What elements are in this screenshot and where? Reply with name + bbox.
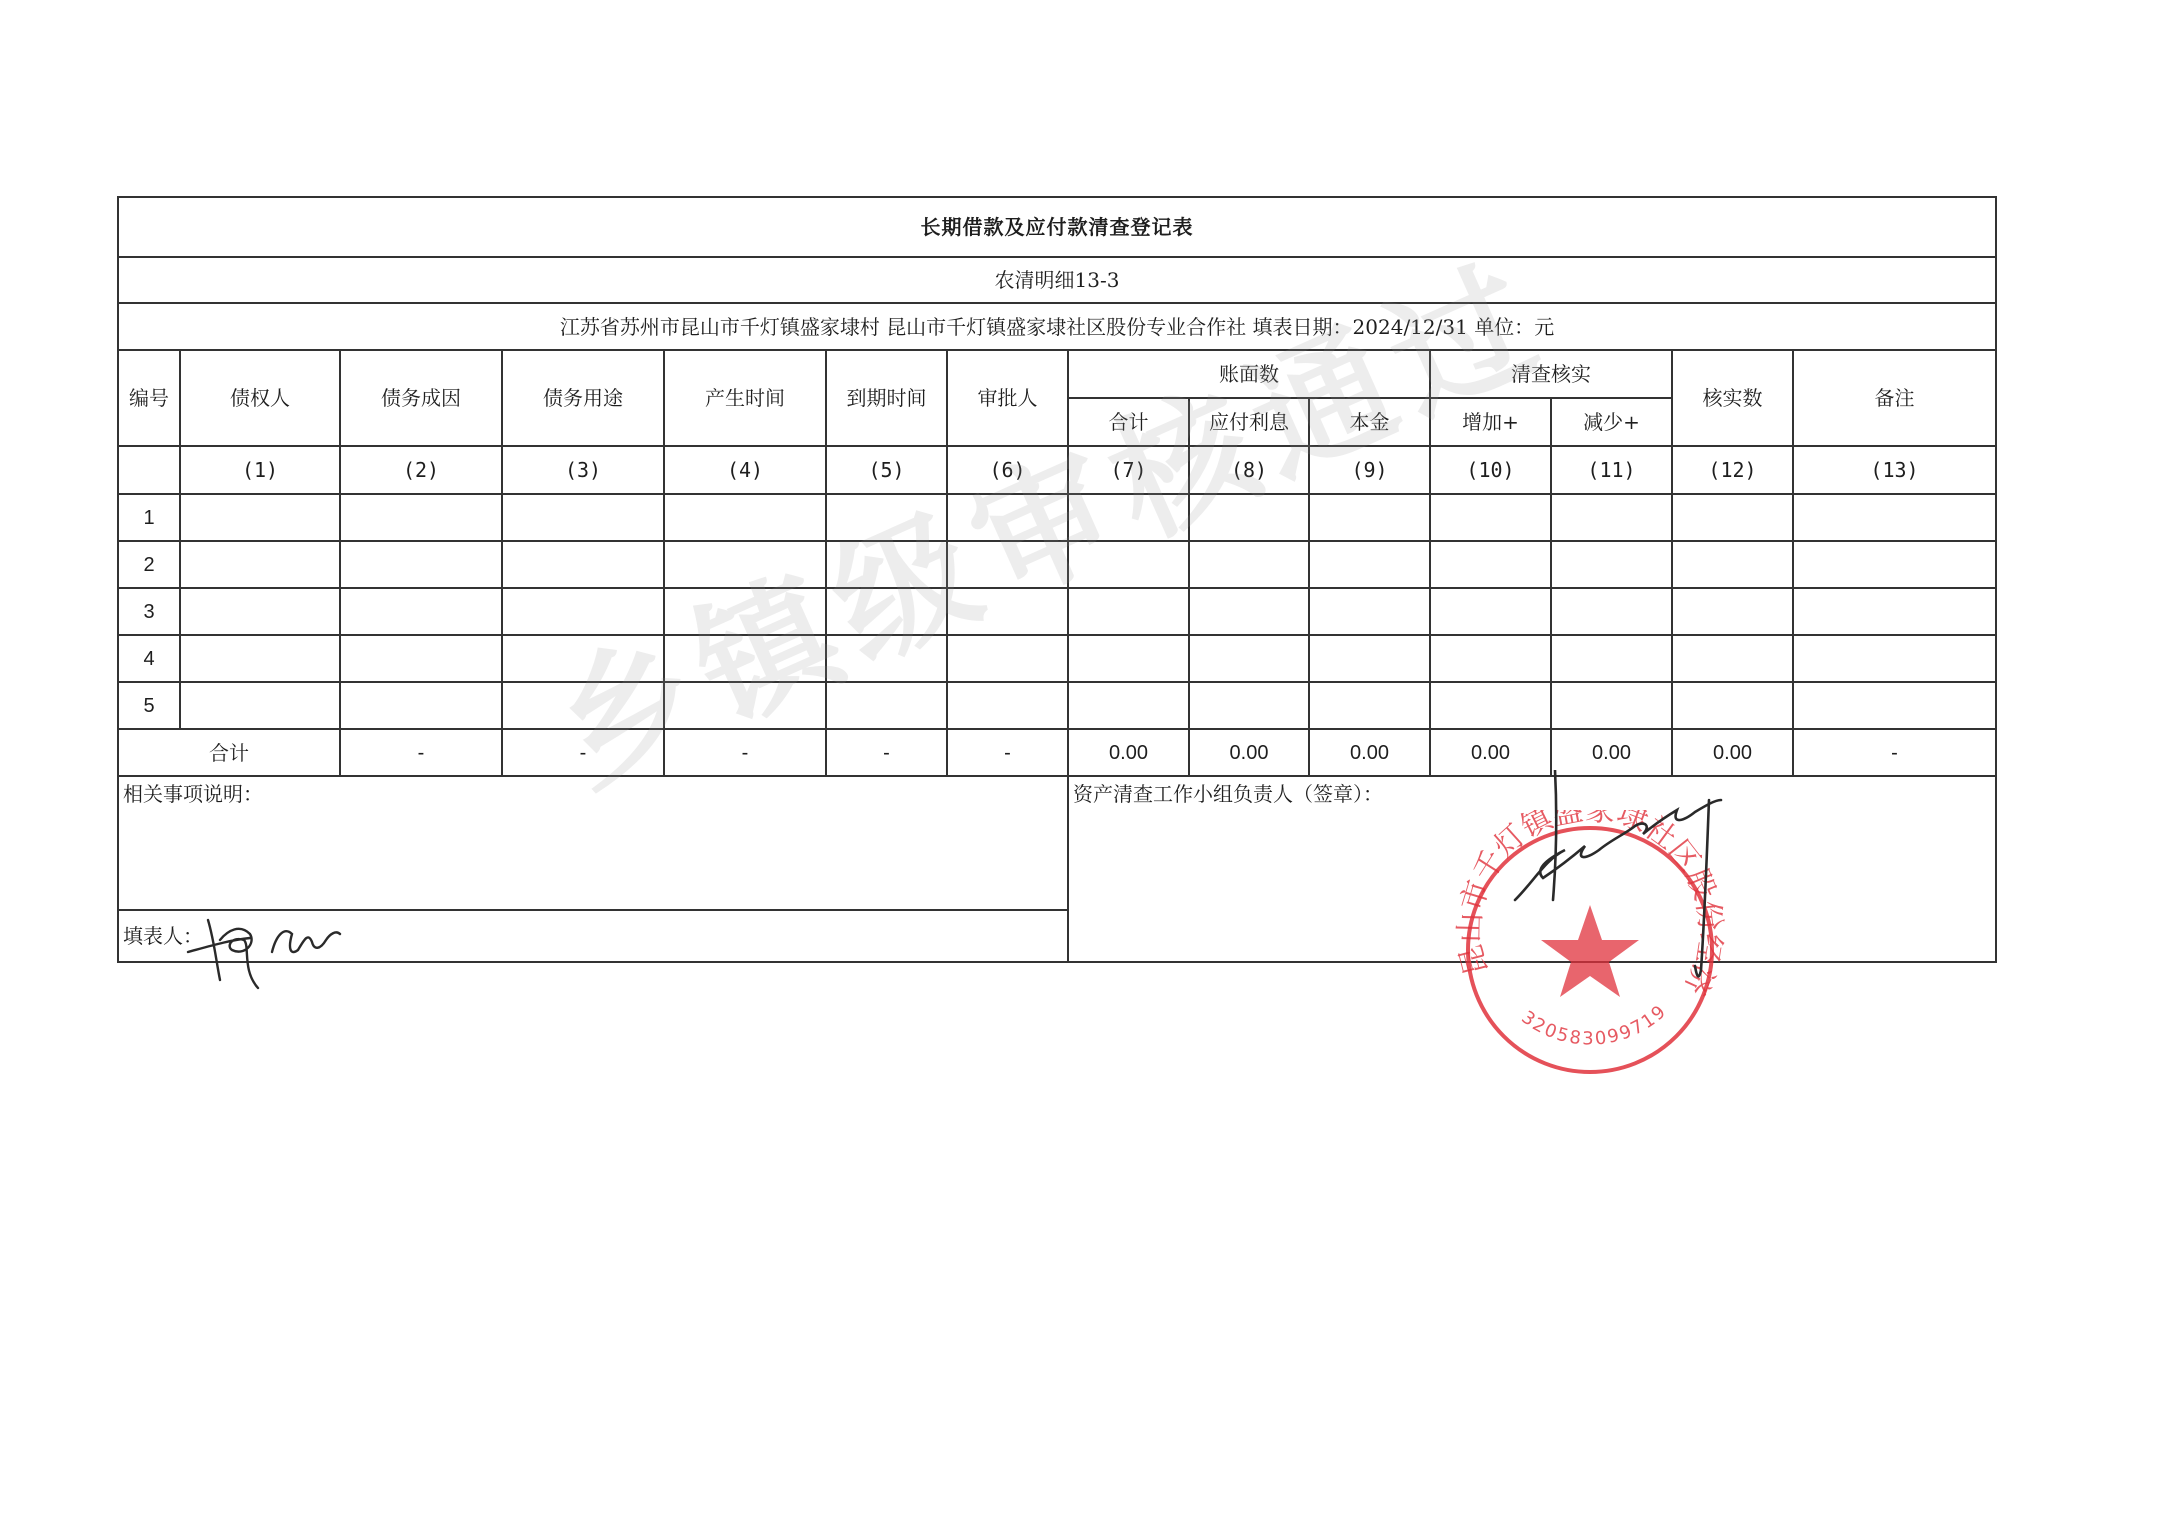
table-cell[interactable] [1672,494,1793,541]
table-cell[interactable] [1189,635,1309,682]
row-number: 3 [118,588,180,635]
registration-form-sheet: 长期借款及应付款清查登记表 农清明细13-3 江苏省苏州市昆山市千灯镇盛家埭村 … [117,196,1995,963]
filler-label: 填表人： [123,924,203,948]
row-number: 2 [118,541,180,588]
table-cell[interactable] [180,682,340,729]
header-debt-cause: 债务成因 [340,350,502,446]
table-cell[interactable] [1551,682,1672,729]
table-cell[interactable] [1189,682,1309,729]
table-cell[interactable] [502,682,664,729]
table-cell[interactable] [947,588,1068,635]
table-cell[interactable] [664,541,826,588]
total-remarks: - [1793,729,1996,776]
total-debt-cause: - [340,729,502,776]
table-cell[interactable] [1309,588,1430,635]
responsible-person-section[interactable]: 资产清查工作小组负责人（签章）： [1068,776,1996,962]
header-book-principal: 本金 [1309,398,1430,446]
index-cell: (4) [664,446,826,494]
header-debt-use: 债务用途 [502,350,664,446]
table-cell[interactable] [180,541,340,588]
total-label: 合计 [118,729,340,776]
table-cell[interactable] [1793,635,1996,682]
table-cell[interactable] [664,588,826,635]
header-start-time: 产生时间 [664,350,826,446]
table-cell[interactable] [1551,635,1672,682]
table-row: 2 [118,541,1996,588]
table-cell[interactable] [502,635,664,682]
table-cell[interactable] [1068,635,1189,682]
table-cell[interactable] [1189,494,1309,541]
table-cell[interactable] [1793,588,1996,635]
table-cell[interactable] [340,494,502,541]
form-code: 农清明细13-3 [118,257,1996,303]
index-cell: (11) [1551,446,1672,494]
total-check-increase: 0.00 [1430,729,1551,776]
total-approver: - [947,729,1068,776]
table-cell[interactable] [1309,541,1430,588]
header-book-group: 账面数 [1068,350,1430,398]
table-cell[interactable] [1551,494,1672,541]
village-name: 江苏省苏州市昆山市千灯镇盛家埭村 [560,315,880,339]
table-cell[interactable] [1189,588,1309,635]
table-cell[interactable] [1430,682,1551,729]
notes-label: 相关事项说明： [123,782,263,806]
notes-section[interactable]: 相关事项说明： [118,776,1068,910]
index-cell: (3) [502,446,664,494]
table-cell[interactable] [1430,588,1551,635]
index-cell: (2) [340,446,502,494]
table-cell[interactable] [826,682,947,729]
index-cell-empty [118,446,180,494]
table-cell[interactable] [664,494,826,541]
row-number: 5 [118,682,180,729]
table-cell[interactable] [1793,541,1996,588]
table-cell[interactable] [1309,494,1430,541]
total-book-principal: 0.00 [1309,729,1430,776]
total-due-time: - [826,729,947,776]
fill-date: 2024/12/31 [1353,315,1468,339]
index-cell: (6) [947,446,1068,494]
header-verified: 核实数 [1672,350,1793,446]
header-book-total: 合计 [1068,398,1189,446]
registration-form-table: 长期借款及应付款清查登记表 农清明细13-3 江苏省苏州市昆山市千灯镇盛家埭村 … [117,196,1997,963]
header-approver: 审批人 [947,350,1068,446]
header-no: 编号 [118,350,180,446]
fill-date-label: 填表日期： [1253,315,1353,339]
table-cell[interactable] [1309,682,1430,729]
table-cell[interactable] [1793,494,1996,541]
form-title: 长期借款及应付款清查登记表 [118,197,1996,257]
index-cell: (9) [1309,446,1430,494]
table-cell[interactable] [1672,541,1793,588]
index-cell: (13) [1793,446,1996,494]
table-cell[interactable] [180,635,340,682]
table-cell[interactable] [180,494,340,541]
table-cell[interactable] [947,635,1068,682]
table-cell[interactable] [502,494,664,541]
unit-value: 元 [1534,315,1554,339]
table-cell[interactable] [1068,494,1189,541]
table-cell[interactable] [1551,541,1672,588]
table-cell[interactable] [340,682,502,729]
table-cell[interactable] [947,541,1068,588]
table-cell[interactable] [947,494,1068,541]
table-cell[interactable] [340,588,502,635]
table-cell[interactable] [1309,635,1430,682]
header-book-interest: 应付利息 [1189,398,1309,446]
total-row: 合计 - - - - - 0.00 0.00 0.00 0.00 0.00 0.… [118,729,1996,776]
table-row: 4 [118,635,1996,682]
responsible-label: 资产清查工作小组负责人（签章）： [1073,782,1383,806]
table-cell[interactable] [1189,541,1309,588]
index-cell: (7) [1068,446,1189,494]
table-cell[interactable] [826,494,947,541]
index-cell: (8) [1189,446,1309,494]
table-cell[interactable] [664,682,826,729]
header-due-time: 到期时间 [826,350,947,446]
table-cell[interactable] [1672,588,1793,635]
total-check-decrease: 0.00 [1551,729,1672,776]
form-info-line: 江苏省苏州市昆山市千灯镇盛家埭村 昆山市千灯镇盛家埭社区股份专业合作社 填表日期… [118,303,1996,350]
table-cell[interactable] [502,588,664,635]
table-cell[interactable] [1551,588,1672,635]
table-cell[interactable] [1068,541,1189,588]
table-cell[interactable] [340,541,502,588]
filler-section[interactable]: 填表人： [118,910,1068,962]
header-check-group: 清查核实 [1430,350,1672,398]
table-cell[interactable] [826,541,947,588]
table-cell[interactable] [502,541,664,588]
header-check-decrease: 减少+ [1551,398,1672,446]
table-row: 3 [118,588,1996,635]
table-row: 1 [118,494,1996,541]
total-book-interest: 0.00 [1189,729,1309,776]
index-cell: (10) [1430,446,1551,494]
header-creditor: 债权人 [180,350,340,446]
table-cell[interactable] [1068,682,1189,729]
table-cell[interactable] [947,682,1068,729]
data-rows: 12345 [118,494,1996,729]
table-cell[interactable] [1793,682,1996,729]
table-cell[interactable] [1430,541,1551,588]
table-cell[interactable] [1430,635,1551,682]
index-cell: (12) [1672,446,1793,494]
table-cell[interactable] [1672,682,1793,729]
total-verified: 0.00 [1672,729,1793,776]
row-number: 1 [118,494,180,541]
table-cell[interactable] [826,635,947,682]
organization-name: 昆山市千灯镇盛家埭社区股份专业合作社 [886,315,1246,339]
table-cell[interactable] [664,635,826,682]
table-row: 5 [118,682,1996,729]
table-cell[interactable] [1068,588,1189,635]
index-cell: (5) [826,446,947,494]
table-cell[interactable] [1672,635,1793,682]
total-debt-use: - [502,729,664,776]
table-cell[interactable] [180,588,340,635]
table-cell[interactable] [826,588,947,635]
index-cell: (1) [180,446,340,494]
total-book-total: 0.00 [1068,729,1189,776]
unit-label: 单位： [1474,315,1534,339]
table-cell[interactable] [340,635,502,682]
table-cell[interactable] [1430,494,1551,541]
column-index-row: (1) (2) (3) (4) (5) (6) (7) (8) (9) (10)… [118,446,1996,494]
header-check-increase: 增加+ [1430,398,1551,446]
total-start-time: - [664,729,826,776]
row-number: 4 [118,635,180,682]
header-remarks: 备注 [1793,350,1996,446]
